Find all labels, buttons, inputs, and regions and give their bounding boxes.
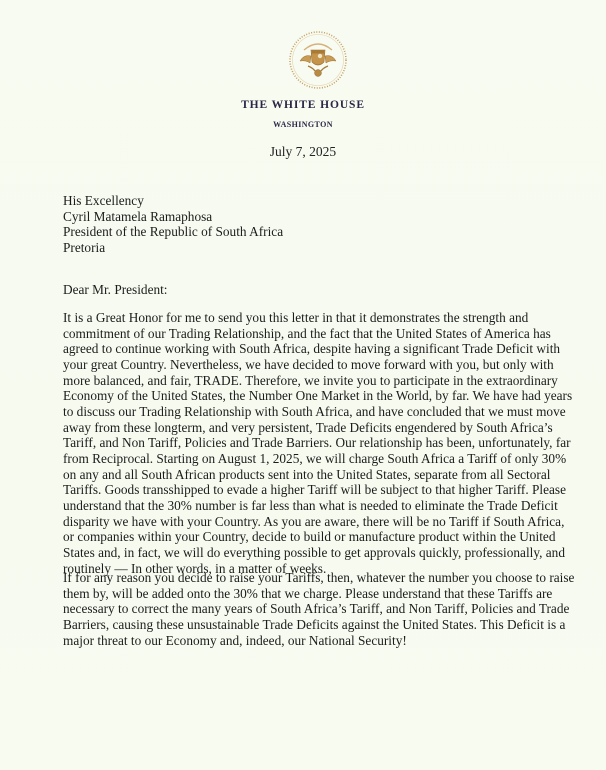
paragraph-line: If for any reason you decide to raise yo…	[63, 570, 549, 586]
paragraph-line: necessary to correct the many years of S…	[63, 601, 549, 617]
paragraph-line: or companies within your Country, decide…	[63, 529, 549, 545]
paragraph-line: major threat to our Economy and, indeed,…	[63, 633, 549, 649]
paragraph-line: them by, will be added onto the 30% that…	[63, 586, 549, 602]
paragraph-line: disparity we have with your Country. As …	[63, 514, 549, 530]
paragraph-line: Tariff, and Non Tariff, Policies and Tra…	[63, 435, 549, 451]
letter-date: July 7, 2025	[0, 144, 606, 160]
paragraph-line: It is a Great Honor for me to send you t…	[63, 310, 549, 326]
body-paragraph-1: It is a Great Honor for me to send you t…	[63, 310, 549, 576]
paragraph-line: agreed to continue working with South Af…	[63, 341, 549, 357]
paragraph-line: your great Country. Nevertheless, we hav…	[63, 357, 549, 373]
paragraph-line: Tariffs. Goods transshipped to evade a h…	[63, 482, 549, 498]
paragraph-line: to discuss our Trading Relationship with…	[63, 404, 549, 420]
presidential-seal-icon	[286, 28, 350, 92]
letterhead-title: THE WHITE HOUSE	[0, 99, 606, 111]
recipient-city: Pretoria	[63, 240, 283, 256]
letter-page: THE WHITE HOUSE WASHINGTON July 7, 2025 …	[0, 0, 606, 770]
paragraph-line: Barriers, causing these unsustainable Tr…	[63, 617, 549, 633]
paragraph-line: away from these longterm, and very persi…	[63, 420, 549, 436]
recipient-name: Cyril Matamela Ramaphosa	[63, 209, 283, 225]
paragraph-line: States and, in fact, we will do everythi…	[63, 545, 549, 561]
paragraph-line: Economy of the United States, the Number…	[63, 388, 549, 404]
paragraph-line: commitment of our Trading Relationship, …	[63, 326, 549, 342]
recipient-address: His Excellency Cyril Matamela Ramaphosa …	[63, 193, 283, 256]
paragraph-line: more balanced, and fair, TRADE. Therefor…	[63, 373, 549, 389]
letterhead-location: WASHINGTON	[0, 120, 606, 129]
body-paragraph-2: If for any reason you decide to raise yo…	[63, 570, 549, 648]
salutation: Dear Mr. President:	[63, 282, 168, 298]
recipient-honorific: His Excellency	[63, 193, 283, 209]
paragraph-line: from Reciprocal. Starting on August 1, 2…	[63, 451, 549, 467]
recipient-title: President of the Republic of South Afric…	[63, 224, 283, 240]
paragraph-line: understand that the 30% number is far le…	[63, 498, 549, 514]
paragraph-line: on any and all South African products se…	[63, 467, 549, 483]
